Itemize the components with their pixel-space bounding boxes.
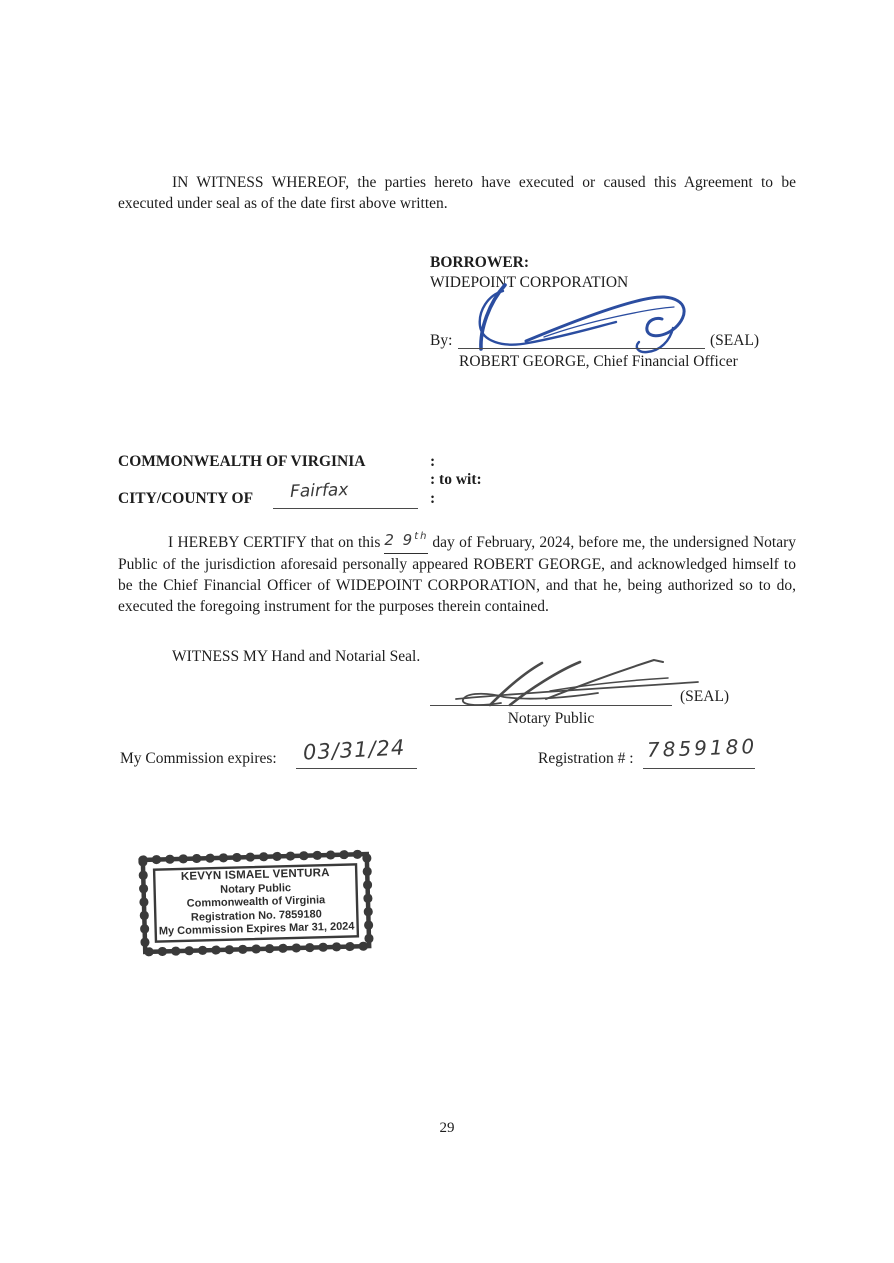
certification-paragraph: I HEREBY CERTIFY that on this2 9thday of… <box>118 528 796 617</box>
borrower-seal-label: (SEAL) <box>710 330 759 351</box>
witness-seal-sentence: WITNESS MY Hand and Notarial Seal. <box>172 646 420 667</box>
certify-text-before-day: I HEREBY CERTIFY that on this <box>168 534 380 551</box>
registration-label: Registration # : <box>538 748 634 769</box>
by-label: By: <box>430 330 452 351</box>
city-county-label: CITY/COUNTY OF <box>118 488 253 509</box>
registration-handwritten-value: 7859180 <box>647 734 758 762</box>
day-suffix: th <box>414 531 428 542</box>
commonwealth-label: COMMONWEALTH OF VIRGINIA <box>118 451 365 472</box>
city-county-handwritten-value: Fairfax <box>290 480 349 502</box>
borrower-label: BORROWER: <box>430 252 529 273</box>
notary-stamp: KEVYN ISMAEL VENTURA Notary Public Commo… <box>137 848 376 958</box>
page-number: 29 <box>0 1120 894 1137</box>
day-fill-line: 2 9th <box>384 528 428 554</box>
document-page: IN WITNESS WHEREOF, the parties hereto h… <box>0 0 894 1263</box>
notary-signature-line <box>430 689 672 706</box>
commission-expires-label: My Commission expires: <box>120 748 277 769</box>
borrower-signer-name: ROBERT GEORGE, Chief Financial Officer <box>459 351 738 372</box>
day-handwritten-value: 2 9th <box>384 531 428 549</box>
stamp-text-block: KEVYN ISMAEL VENTURA Notary Public Commo… <box>155 864 357 941</box>
stamp-expiry: My Commission Expires Mar 31, 2024 <box>159 921 355 940</box>
notary-seal-label: (SEAL) <box>680 686 729 707</box>
notary-public-label: Notary Public <box>430 708 672 729</box>
to-wit-label: : to wit: <box>430 469 482 490</box>
city-county-colon: : <box>430 488 435 509</box>
witness-whereof-paragraph: IN WITNESS WHEREOF, the parties hereto h… <box>118 172 796 214</box>
borrower-signature-line <box>458 332 705 349</box>
